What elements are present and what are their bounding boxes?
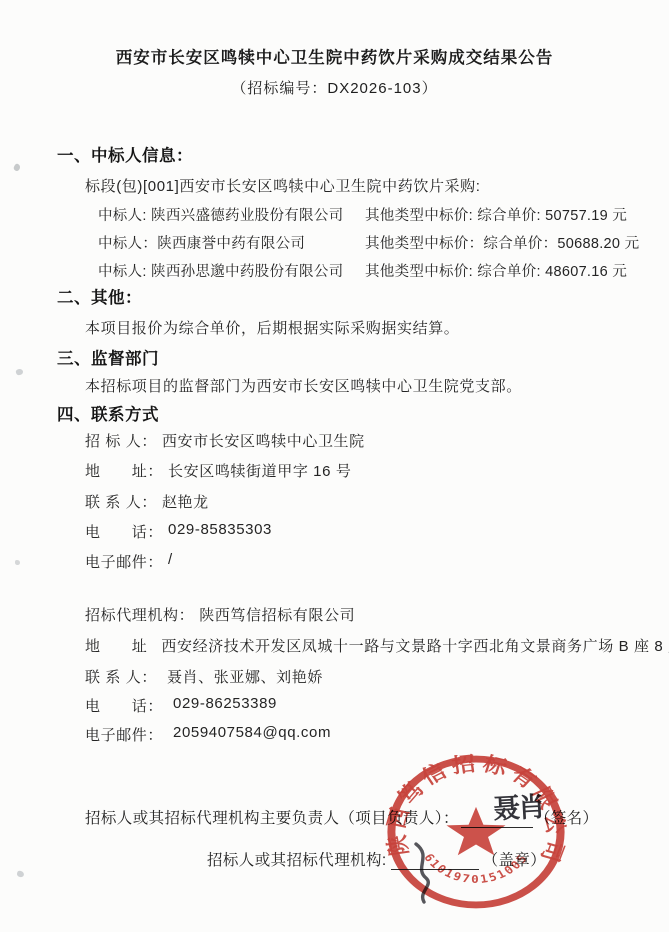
field-value: 陕西笃信招标有限公司 [199, 604, 355, 625]
contact-row-tenderer: 招 标 人： 西安市长安区鸣犊中心卫生院 [85, 430, 365, 451]
field-value: 029-85835303 [168, 521, 272, 542]
contact-row-email: 电子邮件： / [85, 551, 173, 572]
agency-row-email: 电子邮件： 2059407584@qq.com [85, 724, 331, 745]
field-label: 联 系 人： [85, 491, 157, 512]
supervision-body: 本招标项目的监督部门为西安市长安区鸣犊中心卫生院党支部。 [85, 375, 522, 396]
field-label: 招 标 人： [85, 430, 157, 451]
field-value: 长安区鸣犊街道甲字 16 号 [168, 460, 351, 481]
agency-row-name: 招标代理机构： 陕西笃信招标有限公司 [85, 604, 355, 625]
agency-row-address: 地 址 西安经济技术开发区凤城十一路与文景路十字西北角文景商务广场 B 座 8 … [85, 635, 669, 656]
package-line: 标段(包)[001]西安市长安区鸣犊中心卫生院中药饮片采购: [85, 175, 481, 196]
contact-row-person: 联 系 人： 赵艳龙 [85, 491, 209, 512]
field-label: 招标代理机构： [85, 604, 194, 625]
page-title: 西安市长安区鸣犊中心卫生院中药饮片采购成交结果公告 [0, 44, 669, 68]
winner-row: 中标人: 陕西兴盛德药业股份有限公司 其他类型中标价: 综合单价: 50757.… [98, 204, 627, 225]
field-label: 电子邮件： [85, 551, 163, 572]
svg-text:6101970151005: 6101970151005 [421, 851, 531, 886]
winner-row: 中标人：陕西康誉中药有限公司 其他类型中标价：综合单价：50688.20 元 [98, 232, 639, 253]
section-heading-other: 二、其他： [57, 284, 142, 308]
field-value: 029-86253389 [173, 695, 277, 716]
field-label: 地 址 [85, 635, 147, 656]
agency-row-phone: 电 话： 029-86253389 [85, 695, 277, 716]
agency-row-person: 联 系 人： 聂肖、张亚娜、刘艳娇 [85, 666, 323, 687]
seal-prefix: 招标人或其招标代理机构: [207, 848, 387, 870]
section-heading-winners: 一、中标人信息： [57, 142, 193, 166]
scanned-document-page: 西安市长安区鸣犊中心卫生院中药饮片采购成交结果公告 （招标编号：DX2026-1… [0, 0, 669, 932]
contact-row-address: 地 址： 长安区鸣犊街道甲字 16 号 [85, 460, 351, 481]
section-heading-supervision: 三、监督部门 [57, 345, 159, 369]
scan-speck [15, 560, 20, 565]
winner-price: 其他类型中标价: 综合单价: 50757.19 元 [365, 204, 627, 225]
other-body: 本项目报价为综合单价，后期根据实际采购据实结算。 [85, 317, 459, 338]
winner-name: 中标人：陕西康誉中药有限公司 [98, 232, 365, 253]
field-value: 2059407584@qq.com [173, 724, 331, 745]
winner-price: 其他类型中标价: 综合单价: 48607.16 元 [365, 260, 627, 281]
field-label: 联 系 人： [85, 666, 157, 687]
scan-speck [13, 163, 22, 172]
scan-speck [16, 870, 24, 878]
field-value: 赵艳龙 [162, 491, 209, 512]
field-value: 聂肖、张亚娜、刘艳娇 [167, 666, 323, 687]
winner-row: 中标人: 陕西孙思邈中药股份有限公司 其他类型中标价: 综合单价: 48607.… [98, 260, 627, 281]
winner-name: 中标人: 陕西孙思邈中药股份有限公司 [98, 260, 365, 281]
field-label: 电子邮件： [85, 724, 163, 745]
field-value: / [168, 551, 173, 572]
seal-star [446, 807, 505, 855]
scan-speck [15, 368, 24, 376]
field-label: 电 话： [85, 521, 163, 542]
field-label: 电 话： [85, 695, 163, 716]
field-value: 西安经济技术开发区凤城十一路与文景路十字西北角文景商务广场 B 座 8 层 [161, 635, 669, 656]
seal-number: 6101970151005 [421, 851, 531, 886]
section-heading-contact: 四、联系方式 [57, 401, 159, 425]
contact-row-phone: 电 话： 029-85835303 [85, 521, 272, 542]
winner-name: 中标人: 陕西兴盛德药业股份有限公司 [98, 204, 365, 225]
winner-price: 其他类型中标价：综合单价：50688.20 元 [365, 232, 639, 253]
field-label: 地 址： [85, 460, 163, 481]
bid-number: （招标编号：DX2026-103） [0, 77, 669, 98]
field-value: 西安市长安区鸣犊中心卫生院 [162, 430, 365, 451]
red-company-seal: 陕西笃信招标有限公司 6101970151005 [382, 751, 570, 913]
